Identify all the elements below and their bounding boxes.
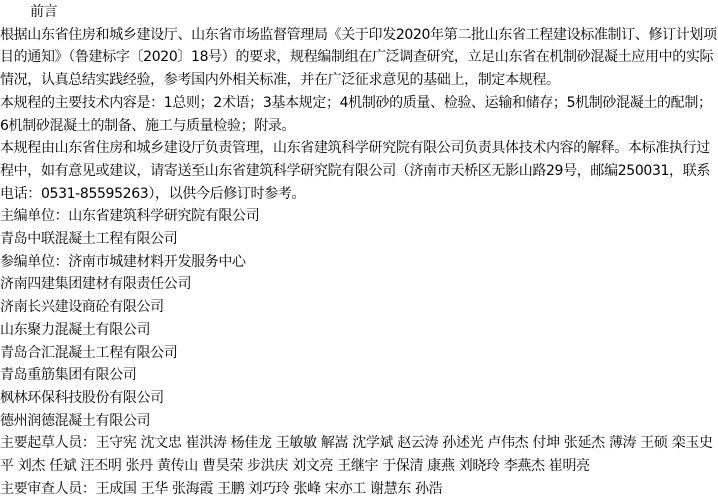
chief-editor-label: 主编单位： [0, 208, 68, 224]
drafters-label: 主要起草人员： [0, 435, 96, 451]
chief-editor-org: 青岛中联混凝土工程有限公司 [0, 228, 718, 251]
preface-title: 前言 [0, 1, 718, 24]
participant-org: 德州润德混凝土有限公司 [0, 410, 718, 433]
participant-label: 参编单位： [0, 254, 68, 270]
reviewers-names: 王成国 王华 张海霞 王鹏 刘巧玲 张峰 宋亦工 谢慧东 孙浩 [96, 481, 443, 497]
preface-paragraph-management: 本规程由山东省住房和城乡建设厅负责管理，山东省建筑科学研究院有限公司负责具体技术… [0, 137, 718, 205]
preface-paragraph-basis: 根据山东省住房和城乡建设厅、山东省市场监督管理局《关于印发2020年第二批山东省… [0, 24, 718, 92]
drafters-line: 主要起草人员：王守宪 沈文忠 崔洪涛 杨佳龙 王敏敏 解嵩 沈学斌 赵云涛 孙述… [0, 432, 718, 477]
reviewers-label: 主要审查人员： [0, 481, 96, 497]
chief-editor-line: 主编单位：山东省建筑科学研究院有限公司 [0, 205, 718, 228]
participant-org: 济南四建集团建材有限责任公司 [0, 273, 718, 296]
participant-org: 青岛合汇混凝土工程有限公司 [0, 342, 718, 365]
document-page: 前言 根据山东省住房和城乡建设厅、山东省市场监督管理局《关于印发2020年第二批… [0, 0, 718, 500]
participant-org: 山东聚力混凝土有限公司 [0, 319, 718, 342]
participant-line: 参编单位：济南市城建材料开发服务中心 [0, 251, 718, 274]
drafters-names: 王守宪 沈文忠 崔洪涛 杨佳龙 王敏敏 解嵩 沈学斌 赵云涛 孙述光 卢伟杰 付… [0, 435, 713, 474]
reviewers-line: 主要审查人员：王成国 王华 张海霞 王鹏 刘巧玲 张峰 宋亦工 谢慧东 孙浩 [0, 478, 718, 501]
participant-org: 枫林环保科技股份有限公司 [0, 387, 718, 410]
preface-paragraph-contents: 本规程的主要技术内容是：1总则；2术语；3基本规定；4机制砂的质量、检验、运输和… [0, 92, 718, 137]
participant-org: 济南长兴建设商砼有限公司 [0, 296, 718, 319]
participant-org: 济南市城建材料开发服务中心 [68, 254, 245, 270]
chief-editor-org: 山东省建筑科学研究院有限公司 [68, 208, 259, 224]
participant-org: 青岛重筋集团有限公司 [0, 364, 718, 387]
